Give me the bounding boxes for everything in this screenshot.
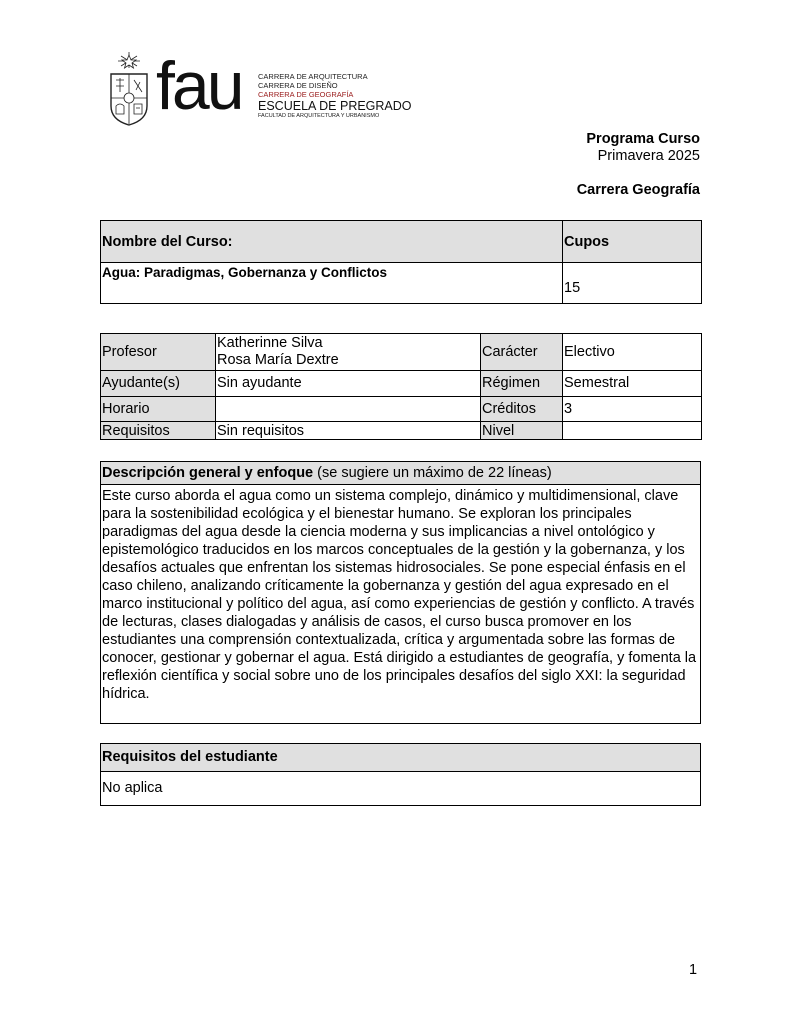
university-crest-icon	[108, 50, 150, 126]
caracter-value: Electivo	[563, 334, 702, 371]
description-table: Descripción general y enfoque (se sugier…	[100, 461, 701, 724]
description-hint: (se sugiere un máximo de 22 líneas)	[313, 465, 552, 481]
student-requirements-value: No aplica	[101, 772, 701, 806]
profesor-name: Rosa María Dextre	[217, 352, 479, 369]
profesor-value: Katherinne Silva Rosa María Dextre	[216, 334, 481, 371]
caracter-label: Carácter	[481, 334, 563, 371]
nivel-value	[563, 422, 702, 440]
course-name-value: Agua: Paradigmas, Gobernanza y Conflicto…	[101, 263, 563, 304]
document-title: Programa Curso	[577, 131, 700, 148]
logo-faculty: FACULTAD DE ARQUITECTURA Y URBANISMO	[258, 113, 412, 120]
nivel-label: Nivel	[481, 422, 563, 440]
logo-school: ESCUELA DE PREGRADO	[258, 99, 412, 113]
document-career: Carrera Geografía	[577, 182, 700, 199]
requisitos-label: Requisitos	[101, 422, 216, 440]
description-text: Este curso aborda el agua como un sistem…	[101, 485, 701, 724]
info-row-profesor: Profesor Katherinne Silva Rosa María Dex…	[101, 334, 702, 371]
logo-text: CARRERA DE ARQUITECTURA CARRERA DE DISEÑ…	[258, 72, 412, 120]
description-header: Descripción general y enfoque (se sugier…	[101, 462, 701, 485]
profesor-name: Katherinne Silva	[217, 335, 479, 352]
horario-value	[216, 397, 481, 422]
regimen-value: Semestral	[563, 371, 702, 397]
ayudante-value: Sin ayudante	[216, 371, 481, 397]
info-row-ayudante: Ayudante(s) Sin ayudante Régimen Semestr…	[101, 371, 702, 397]
document-header: Programa Curso Primavera 2025 Carrera Ge…	[577, 131, 700, 199]
student-requirements-title: Requisitos del estudiante	[101, 744, 701, 772]
course-name-table: Nombre del Curso: Cupos Agua: Paradigmas…	[100, 220, 702, 304]
info-row-horario: Horario Créditos 3	[101, 397, 702, 422]
logo-line-geografia: CARRERA DE GEOGRAFÍA	[258, 90, 412, 99]
description-title: Descripción general y enfoque	[102, 465, 313, 481]
logo-line-arquitectura: CARRERA DE ARQUITECTURA	[258, 72, 412, 81]
creditos-label: Créditos	[481, 397, 563, 422]
creditos-value: 3	[563, 397, 702, 422]
regimen-label: Régimen	[481, 371, 563, 397]
student-requirements-table: Requisitos del estudiante No aplica	[100, 743, 701, 806]
cupos-value: 15	[563, 263, 702, 304]
fau-wordmark: fau	[156, 52, 242, 120]
course-info-table: Profesor Katherinne Silva Rosa María Dex…	[100, 333, 702, 440]
info-row-requisitos: Requisitos Sin requisitos Nivel	[101, 422, 702, 440]
ayudante-label: Ayudante(s)	[101, 371, 216, 397]
course-name-label: Nombre del Curso:	[101, 221, 563, 263]
logo-line-diseno: CARRERA DE DISEÑO	[258, 81, 412, 90]
cupos-label: Cupos	[563, 221, 702, 263]
horario-label: Horario	[101, 397, 216, 422]
fau-logo: fau CARRERA DE ARQUITECTURA CARRERA DE D…	[108, 50, 398, 128]
page-number: 1	[689, 962, 697, 978]
profesor-label: Profesor	[101, 334, 216, 371]
requisitos-value: Sin requisitos	[216, 422, 481, 440]
document-term: Primavera 2025	[577, 148, 700, 165]
